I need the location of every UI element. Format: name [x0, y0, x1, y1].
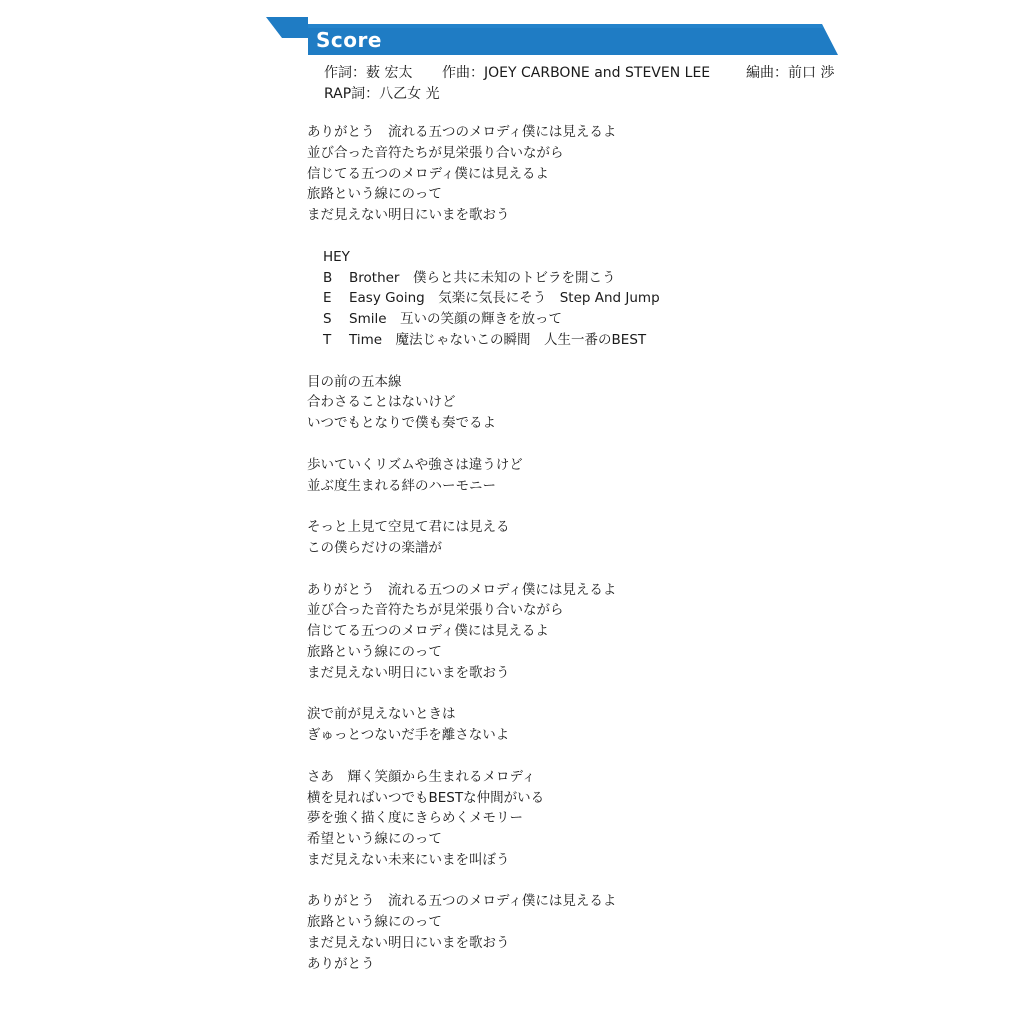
- lyric-line: この僕らだけの楽譜が: [307, 538, 660, 559]
- lyric-line: 信じてる五つのメロディ僕には見えるよ: [307, 621, 660, 642]
- acrostic-letter: S: [323, 309, 349, 330]
- composer-credit: 作曲：JOEY CARBONE and STEVEN LEE: [442, 63, 746, 84]
- acrostic-letter: E: [323, 288, 349, 309]
- rap-lyricist-credit: RAP詞：八乙女 光: [324, 84, 440, 105]
- lyric-line: まだ見えない明日にいまを歌おう: [307, 933, 660, 954]
- lyric-line: 信じてる五つのメロディ僕には見えるよ: [307, 164, 660, 185]
- lyric-line: 希望という線にのって: [307, 829, 660, 850]
- stanza-8: ありがとう 流れる五つのメロディ僕には見えるよ 旅路という線にのって まだ見えな…: [307, 891, 660, 974]
- section-banner: Score: [266, 17, 841, 57]
- rap-line: Easy Going 気楽に気長にそう Step And Jump: [349, 288, 660, 309]
- rap-line: Time 魔法じゃないこの瞬間 人生一番のBEST: [349, 330, 646, 351]
- rap-intro: HEY: [323, 247, 660, 268]
- lyric-line: 旅路という線にのって: [307, 912, 660, 933]
- credits: 作詞：薮 宏太 作曲：JOEY CARBONE and STEVEN LEE 編…: [324, 63, 834, 105]
- rap-row: B Brother 僕らと共に未知のトビラを開こう: [323, 268, 660, 289]
- lyric-line: 横を見ればいつでもBESTな仲間がいる: [307, 788, 660, 809]
- lyric-line: 旅路という線にのって: [307, 642, 660, 663]
- lyrics-body: ありがとう 流れる五つのメロディ僕には見えるよ 並び合った音符たちが見栄張り合い…: [307, 122, 660, 995]
- lyric-line: ありがとう: [307, 954, 660, 975]
- lyricist-credit: 作詞：薮 宏太: [324, 63, 442, 84]
- acrostic-letter: B: [323, 268, 349, 289]
- lyric-line: 旅路という線にのって: [307, 184, 660, 205]
- credits-row: 作詞：薮 宏太 作曲：JOEY CARBONE and STEVEN LEE 編…: [324, 63, 834, 84]
- stanza-5: ありがとう 流れる五つのメロディ僕には見えるよ 並び合った音符たちが見栄張り合い…: [307, 580, 660, 684]
- rap-row: E Easy Going 気楽に気長にそう Step And Jump: [323, 288, 660, 309]
- lyric-line: 涙で前が見えないときは: [307, 704, 660, 725]
- lyric-line: ありがとう 流れる五つのメロディ僕には見えるよ: [307, 580, 660, 601]
- lyric-line: 並ぶ度生まれる絆のハーモニー: [307, 476, 660, 497]
- lyric-line: ありがとう 流れる五つのメロディ僕には見えるよ: [307, 122, 660, 143]
- acrostic-letter: T: [323, 330, 349, 351]
- lyric-line: 合わさることはないけど: [307, 392, 660, 413]
- lyric-line: 夢を強く描く度にきらめくメモリー: [307, 808, 660, 829]
- lyric-line: ぎゅっとつないだ手を離さないよ: [307, 725, 660, 746]
- rap-line: Brother 僕らと共に未知のトビラを開こう: [349, 268, 615, 289]
- lyric-line: まだ見えない明日にいまを歌おう: [307, 663, 660, 684]
- rap-row: T Time 魔法じゃないこの瞬間 人生一番のBEST: [323, 330, 660, 351]
- lyric-line: まだ見えない明日にいまを歌おう: [307, 205, 660, 226]
- arranger-credit: 編曲：前口 渉: [746, 63, 834, 84]
- stanza-3: 歩いていくリズムや強さは違うけど 並ぶ度生まれる絆のハーモニー: [307, 455, 660, 497]
- credits-row: RAP詞：八乙女 光: [324, 84, 834, 105]
- lyric-line: いつでもとなりで僕も奏でるよ: [307, 413, 660, 434]
- lyric-line: 歩いていくリズムや強さは違うけど: [307, 455, 660, 476]
- lyric-line: 並び合った音符たちが見栄張り合いながら: [307, 143, 660, 164]
- stanza-2: 目の前の五本線 合わさることはないけど いつでもとなりで僕も奏でるよ: [307, 372, 660, 434]
- lyric-line: さあ 輝く笑顔から生まれるメロディ: [307, 767, 660, 788]
- rap-section: HEY B Brother 僕らと共に未知のトビラを開こう E Easy Goi…: [307, 247, 660, 351]
- page-title: Score: [316, 27, 382, 53]
- stanza-1: ありがとう 流れる五つのメロディ僕には見えるよ 並び合った音符たちが見栄張り合い…: [307, 122, 660, 226]
- lyric-line: そっと上見て空見て君には見える: [307, 517, 660, 538]
- lyric-line: ありがとう 流れる五つのメロディ僕には見えるよ: [307, 891, 660, 912]
- stanza-4: そっと上見て空見て君には見える この僕らだけの楽譜が: [307, 517, 660, 559]
- stanza-6: 涙で前が見えないときは ぎゅっとつないだ手を離さないよ: [307, 704, 660, 746]
- stanza-7: さあ 輝く笑顔から生まれるメロディ 横を見ればいつでもBESTな仲間がいる 夢を…: [307, 767, 660, 871]
- lyric-line: まだ見えない未来にいまを叫ぼう: [307, 850, 660, 871]
- rap-line: Smile 互いの笑顔の輝きを放って: [349, 309, 562, 330]
- rap-row: S Smile 互いの笑顔の輝きを放って: [323, 309, 660, 330]
- lyric-line: 並び合った音符たちが見栄張り合いながら: [307, 600, 660, 621]
- lyric-line: 目の前の五本線: [307, 372, 660, 393]
